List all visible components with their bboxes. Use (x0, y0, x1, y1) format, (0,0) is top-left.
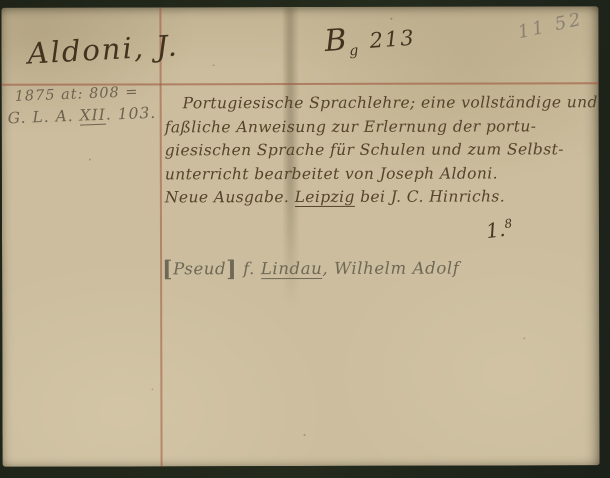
publication-place: Leipzig (295, 188, 355, 207)
entry-line-5-pre: Neue Ausgabe. (165, 188, 295, 206)
ruled-vertical-line (159, 7, 162, 466)
date-notation: 1875 at: 808 = (14, 84, 138, 105)
bracket-close: ] (226, 256, 237, 282)
ruled-horizontal-line (2, 82, 599, 85)
price-notation: 1.8 (485, 216, 515, 243)
pencil-accession-number: 11 52 (516, 9, 585, 44)
entry-line-4: unterricht bearbeitet von Joseph Aldoni. (165, 162, 601, 187)
price-superscript: 8 (504, 216, 513, 231)
catalog-card: Aldoni, J. Bg213 11 52 1875 at: 808 = G.… (1, 6, 599, 467)
entry-line-5-post: bei J. C. Hinrichs. (355, 187, 505, 205)
reference-notation: G. L. A. XII. 103. (7, 104, 156, 128)
shelfmark: Bg213 (323, 18, 417, 61)
shelfmark-subletter: g (349, 43, 361, 60)
scan-background: Aldoni, J. Bg213 11 52 1875 at: 808 = G.… (0, 0, 610, 478)
entry-line-2: faßliche Anweisung zur Erlernung der por… (165, 115, 601, 140)
entry-line-5: Neue Ausgabe. Leipzig bei J. C. Hinrichs… (165, 185, 601, 210)
entry-text: Portugiesische Sprachlehre; eine vollstä… (165, 91, 601, 210)
pseudonym-label: Pseud (173, 259, 226, 278)
author-heading: Aldoni, J. (27, 28, 180, 70)
shelfmark-number: 213 (369, 26, 417, 53)
pseudonym-note: [Pseud] f. Lindau, Wilhelm Adolf (162, 256, 459, 283)
real-surname: Lindau (261, 259, 323, 279)
real-forenames: , Wilhelm Adolf (322, 259, 459, 278)
reference-post: . 103. (106, 104, 157, 124)
shelfmark-letter: B (323, 22, 350, 59)
reference-pre: G. L. A. (7, 107, 80, 128)
reference-roman-numeral: XII (79, 106, 106, 126)
entry-line-3: giesischen Sprache für Schulen und zum S… (165, 138, 601, 163)
see-reference-abbrev: f. (237, 259, 261, 278)
bracket-open: [ (162, 256, 173, 282)
entry-line-1: Portugiesische Sprachlehre; eine vollstä… (165, 91, 601, 116)
